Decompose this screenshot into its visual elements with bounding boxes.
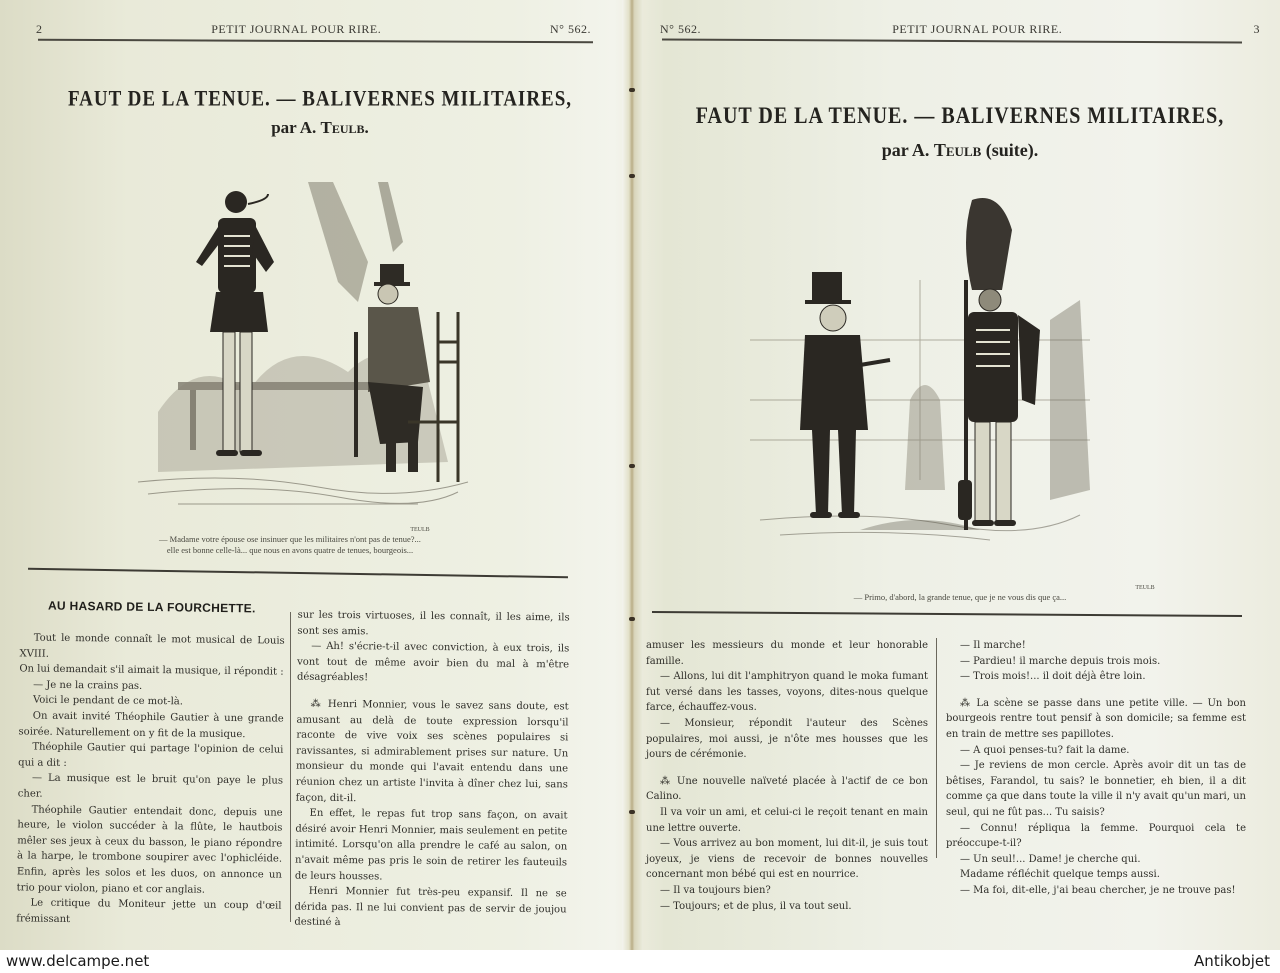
engraving-illustration [750, 190, 1090, 570]
paragraph: — Je reviens de mon cercle. Après avoir … [946, 758, 1246, 820]
paragraph: amuser les messieurs du monde et leur ho… [646, 638, 928, 669]
paragraph: On avait invité Théophile Gautier à une … [18, 708, 283, 742]
paragraph: ⁂ Une nouvelle naïveté placée à l'actif … [646, 774, 928, 805]
text-column-right-b: — Il marche! — Pardieu! il marche depuis… [946, 638, 1246, 899]
paragraph: — La musique est le bruit qu'on paye le … [18, 771, 283, 805]
paragraph: — Toujours; et de plus, il va tout seul. [646, 899, 928, 915]
page-number: 3 [1253, 22, 1260, 37]
right-page: N° 562. PETIT JOURNAL POUR RIRE. 3 FAUT … [640, 0, 1280, 950]
paragraph: — A quoi penses-tu? fait la dame. [946, 743, 1246, 759]
section-heading: AU HASARD DE LA FOURCHETTE. [48, 599, 256, 616]
journal-name: PETIT JOURNAL POUR RIRE. [211, 22, 381, 37]
paragraph: — Il marche! [946, 638, 1246, 654]
paragraph: — Il va toujours bien? [646, 883, 928, 899]
paragraph: — Vous arrivez au bon moment, lui dit-il… [646, 836, 928, 883]
paragraph: Henri Monnier fut très-peu expansif. Il … [294, 884, 566, 934]
binding-stitch [629, 174, 635, 178]
paragraph: — Ah! s'écrie-t-il avec conviction, à eu… [297, 639, 569, 689]
paragraph: Théophile Gautier entendait donc, depuis… [17, 802, 283, 899]
author-name: Teulb [934, 140, 981, 160]
paragraph: Le critique du Moniteur jette un coup d'… [16, 895, 281, 929]
issue-number: N° 562. [550, 22, 591, 37]
soldier-and-seated-man-engraving [118, 182, 478, 512]
issue-number: N° 562. [660, 22, 701, 37]
byline: par A. Teulb. [40, 118, 600, 138]
paragraph: — Connu! répliqua la femme. Pourquoi cel… [946, 821, 1246, 852]
paragraph: — Monsieur, répondit l'auteur des Scènes… [646, 716, 928, 763]
text-column-left-a: Tout le monde connaît le mot musical de … [16, 630, 285, 929]
illustration-caption: TEULB — Primo, d'abord, la grande tenue,… [700, 585, 1220, 603]
engraving-illustration [118, 182, 478, 512]
binding-stitch [629, 617, 635, 621]
paragraph: — Allons, lui dit l'amphitryon quand le … [646, 669, 928, 716]
article-title: FAUT DE LA TENUE. — BALIVERNES MILITAIRE… [40, 87, 600, 112]
section-divider [652, 611, 1242, 617]
artist-signature: TEULB [350, 527, 490, 534]
binding-stitch [629, 810, 635, 814]
paragraph: Théophile Gautier qui partage l'opinion … [18, 740, 283, 774]
paragraph: — Pardieu! il marche depuis trois mois. [946, 654, 1246, 670]
paragraph: En effet, le repas fut trop sans façon, … [295, 806, 568, 887]
text-column-left-b: sur les trois virtuoses, il les connaît,… [294, 608, 569, 934]
artist-signature: TEULB [1070, 585, 1220, 592]
newspaper-spread: 2 PETIT JOURNAL POUR RIRE. N° 562. FAUT … [0, 0, 1280, 950]
paragraph: Il va voir un ami, et celui-ci le reçoit… [646, 805, 928, 836]
page-number: 2 [36, 22, 43, 37]
left-page: 2 PETIT JOURNAL POUR RIRE. N° 562. FAUT … [0, 0, 628, 950]
column-divider [936, 638, 937, 858]
paragraph: — Un seul!... Dame! je cherche qui. [946, 852, 1246, 868]
bourgeois-and-grenadier-engraving [750, 190, 1090, 570]
binding-stitch [629, 88, 635, 92]
column-divider [290, 612, 291, 922]
text-column-right-a: amuser les messieurs du monde et leur ho… [646, 638, 928, 914]
section-divider [28, 568, 568, 578]
author-name: Teulb. [321, 118, 369, 137]
article-title: FAUT DE LA TENUE. — BALIVERNES MILITAIRE… [660, 103, 1260, 129]
binding-gutter [622, 0, 642, 950]
illustration-caption: TEULB — Madame votre épouse ose insinuer… [90, 527, 490, 556]
paragraph: Madame réfléchit quelque temps aussi. [946, 867, 1246, 883]
paragraph: Tout le monde connaît le mot musical de … [19, 630, 284, 664]
journal-name: PETIT JOURNAL POUR RIRE. [892, 22, 1062, 37]
paragraph: — Trois mois!... il doit déjà être loin. [946, 669, 1246, 685]
paragraph: sur les trois virtuoses, il les connaît,… [297, 608, 569, 642]
watermark-antikobjet: Antikobjet [1194, 950, 1270, 973]
byline: par A. Teulb (suite). [660, 140, 1260, 161]
watermark-delcampe: www.delcampe.net [6, 950, 149, 973]
binding-stitch [629, 464, 635, 468]
paragraph: ⁂ La scène se passe dans une petite vill… [946, 696, 1246, 743]
paragraph: ⁂ Henri Monnier, vous le savez sans dout… [296, 697, 569, 809]
paragraph: — Ma foi, dit-elle, j'ai beau chercher, … [946, 883, 1246, 899]
